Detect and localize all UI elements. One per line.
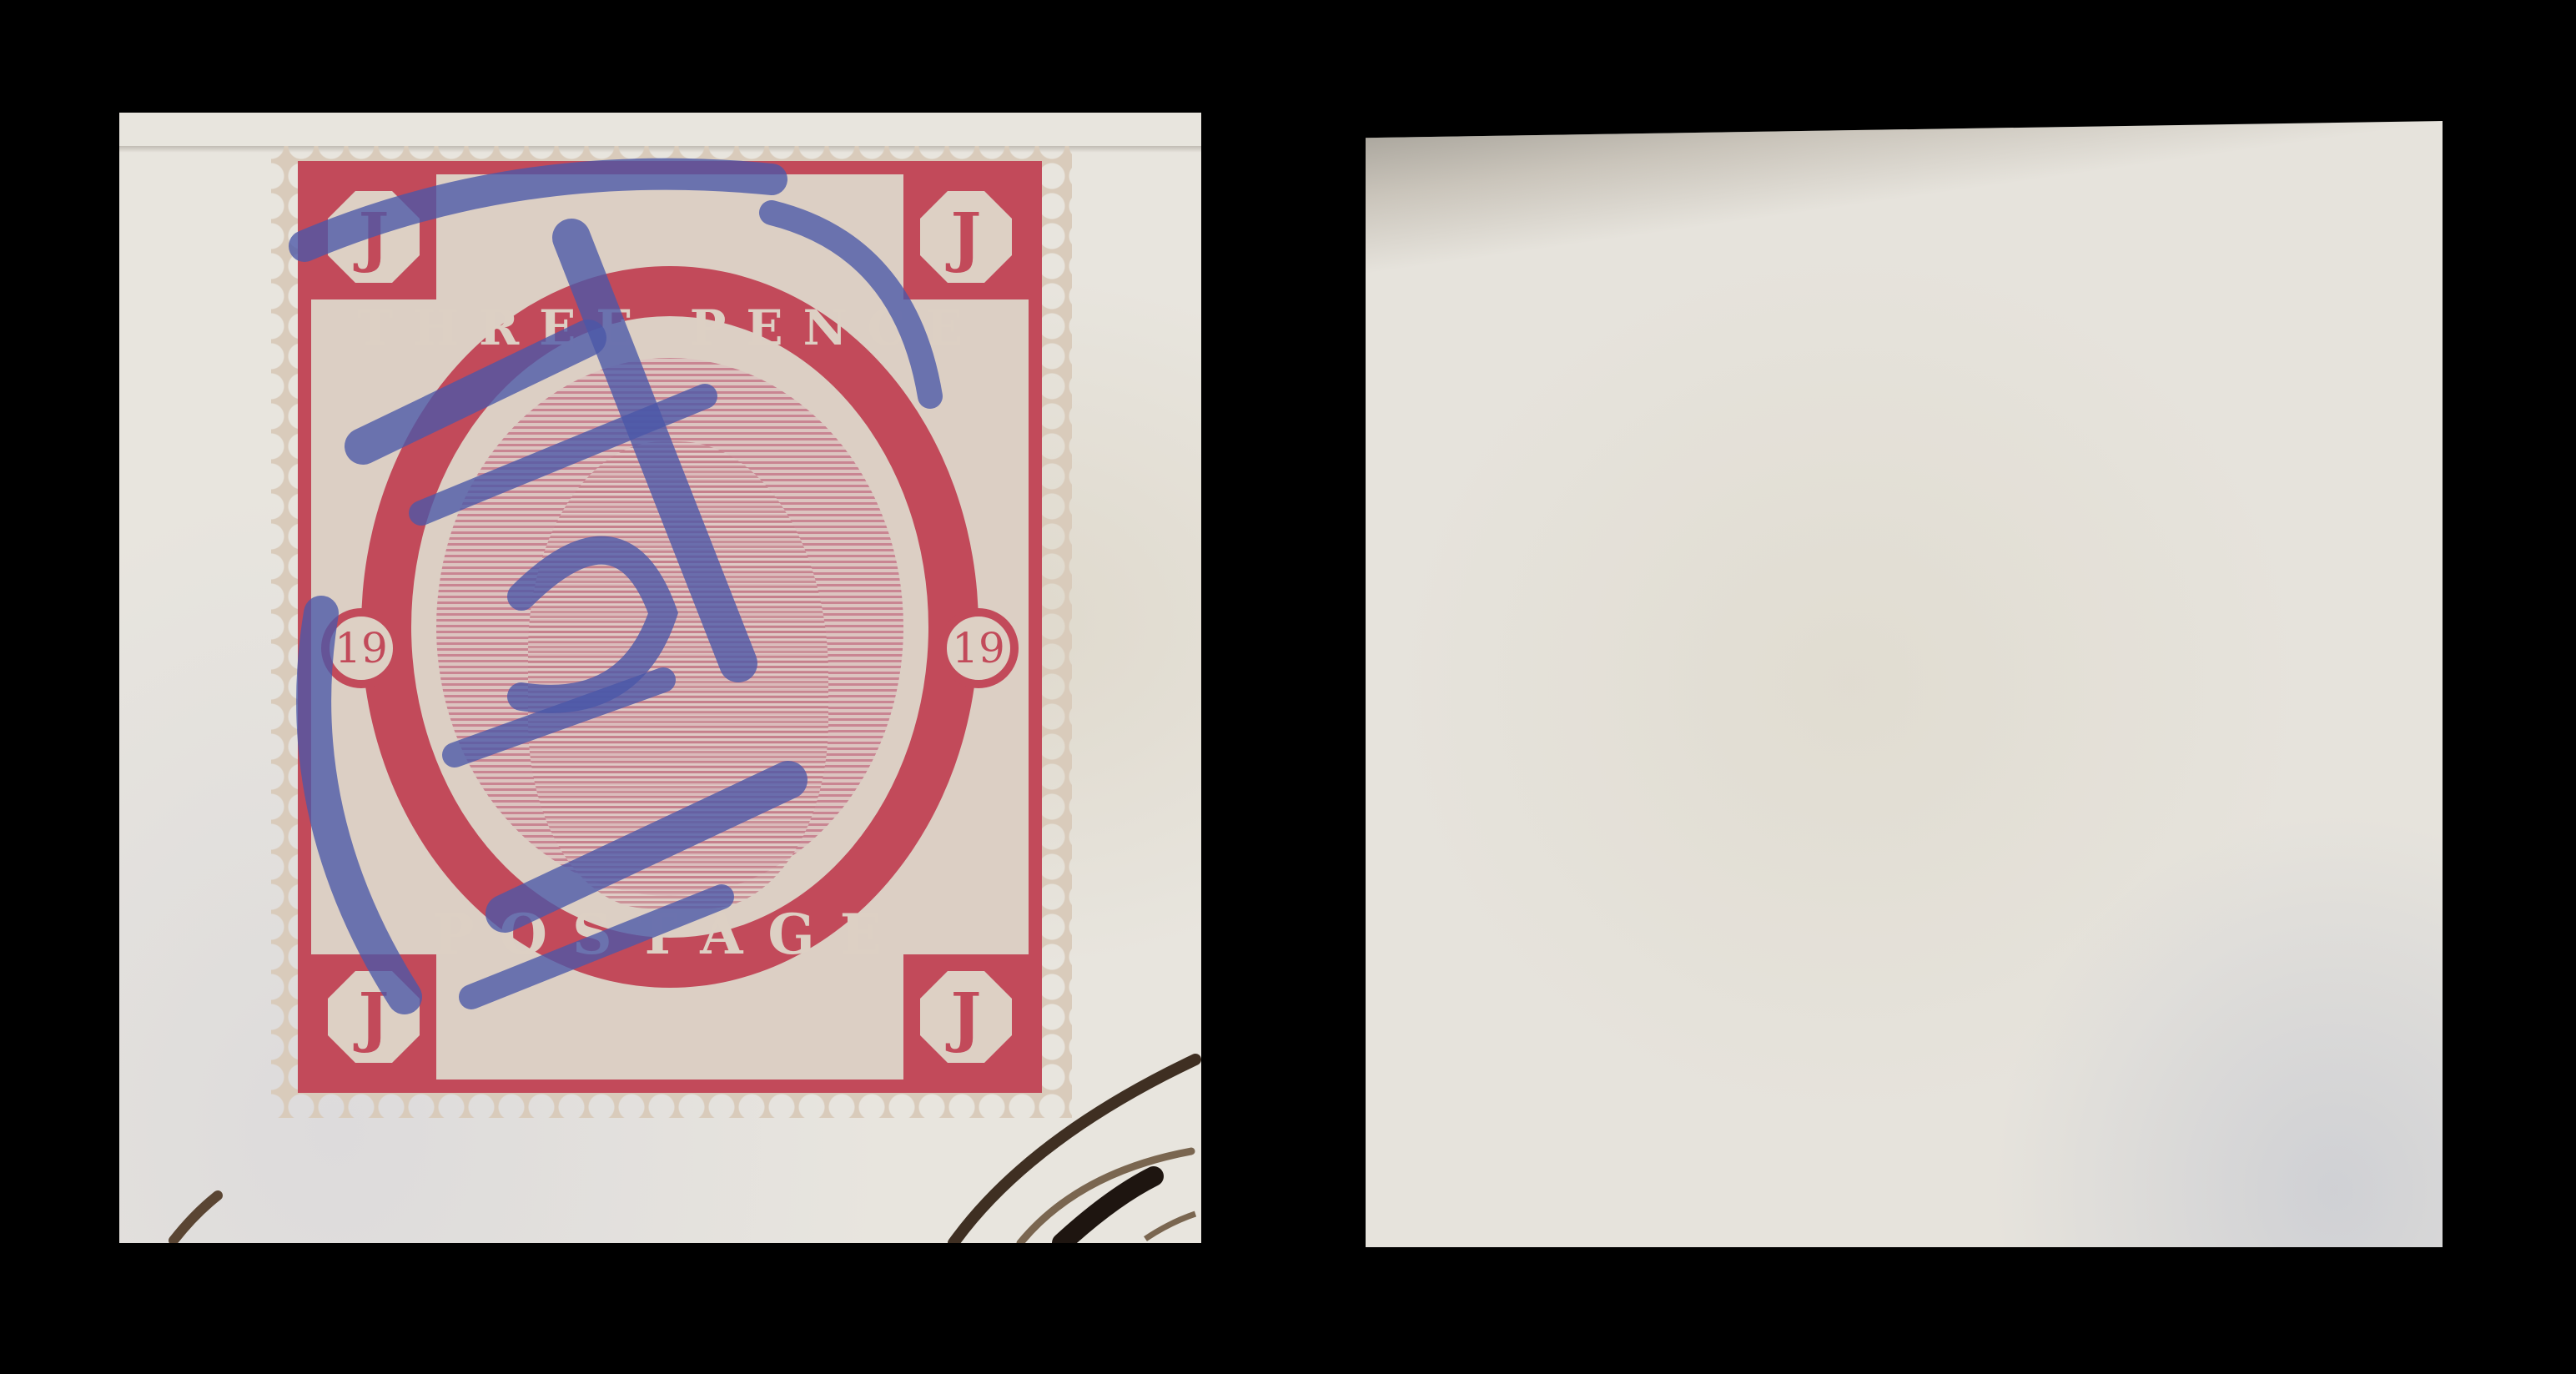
corner-letter-bottom-left: J <box>311 954 436 1080</box>
postage-stamp: THREE PENCE POSTAGE J J J J 19 19 <box>271 146 1072 1118</box>
paper-piece-back <box>1366 121 2443 1247</box>
corner-letter-top-left: J <box>311 174 436 299</box>
plate-number-right: 19 <box>938 608 1019 688</box>
stamp-face: THREE PENCE POSTAGE J J J J 19 19 <box>298 161 1042 1093</box>
queen-portrait <box>528 441 828 908</box>
corner-letter-top-right: J <box>903 174 1029 299</box>
corner-letter-bottom-right: J <box>903 954 1029 1080</box>
plate-number-left: 19 <box>321 608 401 688</box>
denomination-text: THREE PENCE <box>311 299 1029 356</box>
